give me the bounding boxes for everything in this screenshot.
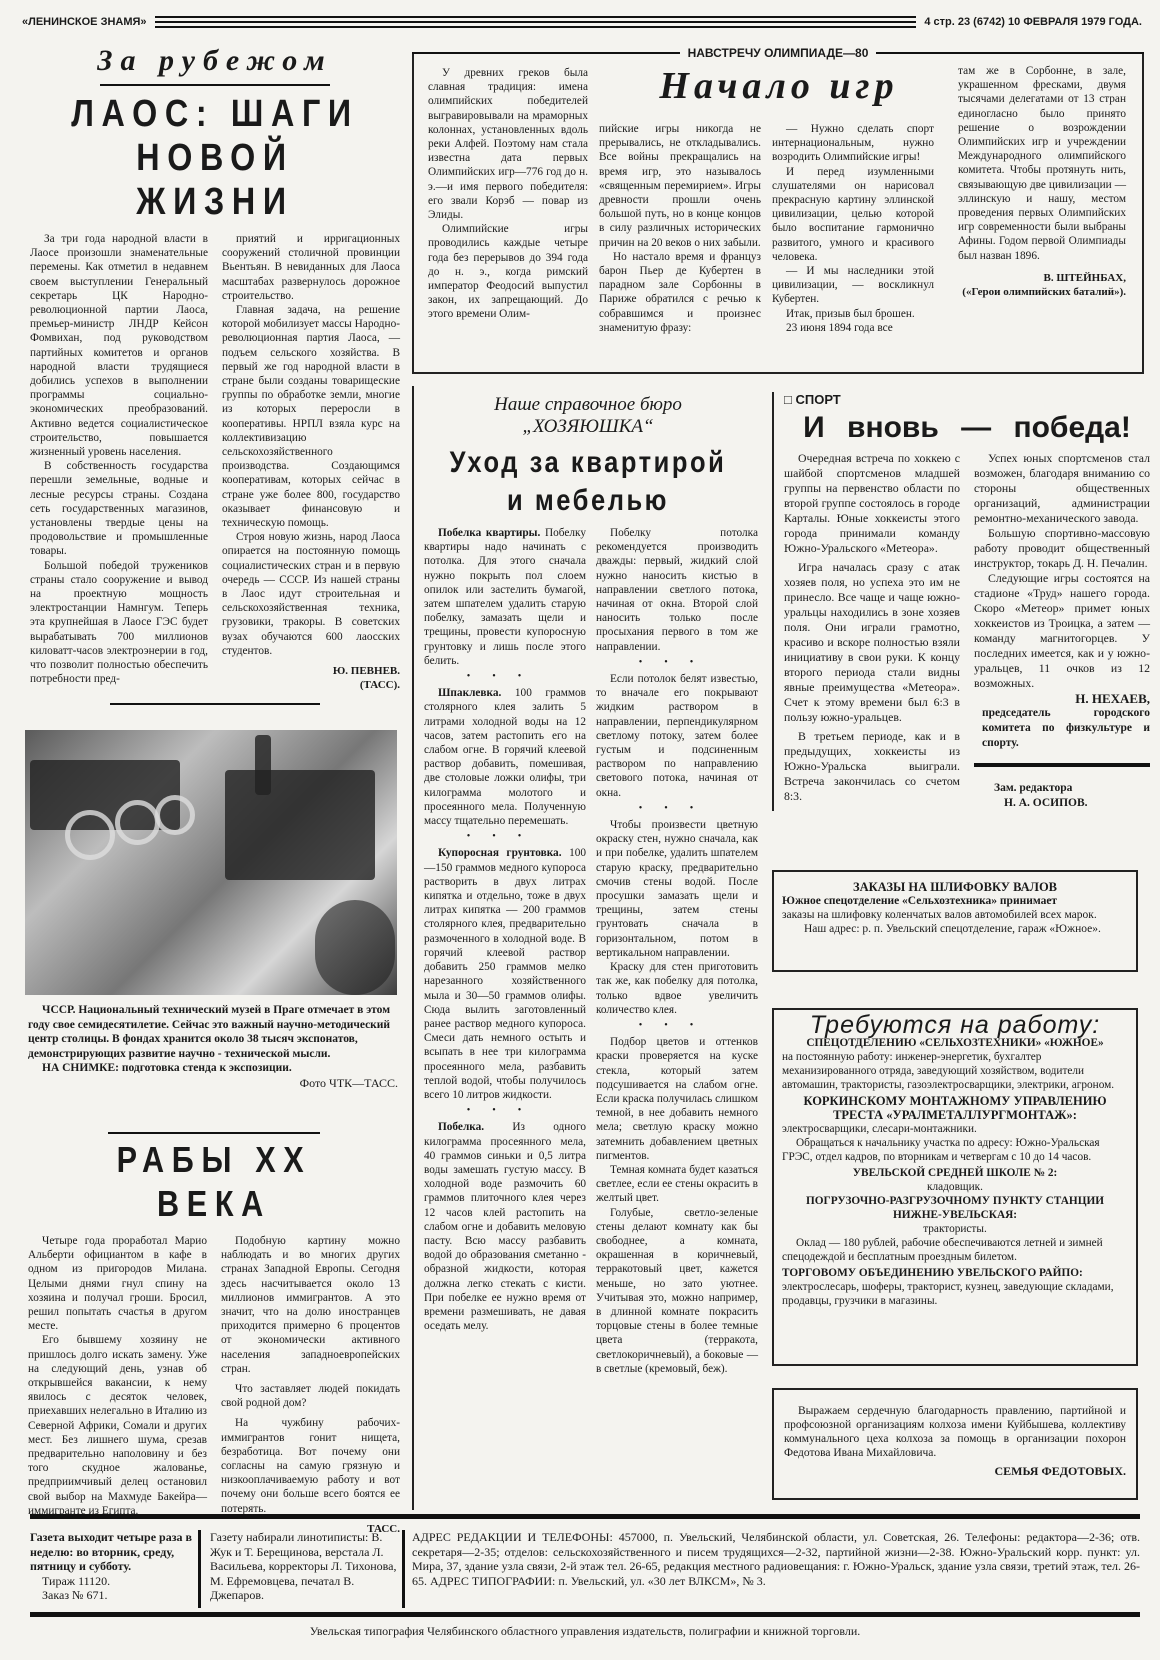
photo-on-snapshot: НА СНИМКЕ: подготовка стенда к экспозици…	[28, 1061, 398, 1076]
footer-rule-bottom	[30, 1612, 1140, 1617]
agency: (ТАСС).	[222, 678, 400, 692]
circulation: Тираж 11120.	[30, 1574, 195, 1589]
author-title: председатель городского комитета по физк…	[974, 706, 1150, 751]
schedule-text: Газета выходит четыре раза в неделю: во …	[30, 1530, 195, 1574]
job-org: ПОГРУЗОЧНО-РАЗГРУЗОЧНОМУ ПУНКТУ СТАНЦИИ …	[782, 1194, 1128, 1222]
author: Н. НЕХАЕВ,	[974, 691, 1150, 706]
paragraph: На чужбину рабочих-иммигрантов гонит нищ…	[221, 1416, 400, 1515]
paragraph: Подобную картину можно наблюдать и во мн…	[221, 1234, 400, 1376]
paragraph: Его бывшему хозяину не пришлось долго ис…	[28, 1333, 207, 1518]
job-text: электрослесарь, шоферы, тракторист, кузн…	[782, 1280, 1128, 1308]
lead: Побелка квартиры.	[438, 527, 540, 539]
paragraph: Следующие игры состоятся на стадионе «Тр…	[974, 571, 1150, 691]
footer-divider	[402, 1530, 405, 1608]
headline-laos-2: НОВОЙ ЖИЗНИ	[58, 136, 373, 224]
paragraph: Но настало время и француз барон Пьер де…	[599, 250, 761, 335]
gratitude-text: Выражаем сердечную благодарность правлен…	[784, 1404, 1126, 1460]
paragraph: Итак, призыв был брошен.	[772, 307, 934, 321]
divider	[110, 703, 320, 705]
museum-photo	[25, 730, 397, 995]
issue-info: 4 стр. 23 (6742) 10 ФЕВРАЛЯ 1979 ГОДА.	[924, 16, 1142, 28]
olympics-col-3: — Нужно сделать спорт интернациональным,…	[772, 122, 934, 335]
paragraph: Чтобы произвести цветную окраску стен, н…	[596, 818, 758, 960]
footer-rule-top	[30, 1514, 1140, 1519]
photo-credit: Фото ЧТК—ТАСС.	[28, 1076, 398, 1091]
ad-text: заказы на шлифовку коленчатых валов авто…	[782, 908, 1128, 922]
job-text: трактористы.	[782, 1222, 1128, 1236]
rubric-abroad: За рубежом	[30, 44, 400, 78]
paragraph: В собственность государства перешли земе…	[30, 459, 208, 558]
job-org: ТОРГОВОМУ ОБЪЕДИНЕНИЮ УВЕЛЬСКОГО РАЙПО:	[782, 1266, 1128, 1280]
masthead: «ЛЕНИНСКОЕ ЗНАМЯ» 4 стр. 23 (6742) 10 ФЕ…	[22, 12, 1142, 32]
rubric-sport: □ СПОРТ	[784, 392, 1150, 407]
laos-col-2: приятий и ирригационных сооружений столи…	[222, 232, 400, 693]
paragraph: Из одного килограмма просеянного мела, 4…	[424, 1121, 586, 1332]
separator: •••	[424, 670, 586, 684]
slaves-col-2: Подобную картину можно наблюдать и во мн…	[221, 1234, 400, 1536]
order-number: Заказ № 671.	[30, 1588, 195, 1603]
jobs-title: Требуются на работу:	[782, 1018, 1128, 1032]
ad-shaft-grinding: ЗАКАЗЫ НА ШЛИФОВКУ ВАЛОВ Южное спецотдел…	[772, 870, 1138, 972]
paragraph: Четыре года проработал Марио Альберти оф…	[28, 1234, 207, 1333]
footer-printer: Увельская типография Челябинского област…	[30, 1624, 1140, 1639]
article-household: Наше справочное бюро „ХОЗЯЮШКА“ Уход за …	[412, 386, 762, 1510]
paragraph: — Нужно сделать спорт интернациональным,…	[772, 122, 934, 165]
separator: •••	[424, 830, 586, 844]
headline-household-1: Уход за квартирой	[440, 444, 736, 482]
sport-col-2: Успех юных спортсменов стал возможен, бл…	[974, 451, 1150, 811]
sport-col-1: Очередная встреча по хоккею с шайбой спо…	[784, 451, 960, 811]
checkbox-square-icon: □	[784, 392, 795, 407]
job-text: на постоянную работу: инженер-энергетик,…	[782, 1050, 1128, 1092]
paragraph: Главная задача, на решение которой мобил…	[222, 303, 400, 530]
lead: Побелка.	[438, 1121, 484, 1133]
paragraph: Большой победой тружеников страны стало …	[30, 559, 208, 687]
olympics-col-4: там же в Сорбонне, в зале, украшенном фр…	[958, 64, 1126, 299]
job-extra: Оклад — 180 рублей, рабочие обеспечивают…	[782, 1236, 1128, 1264]
slaves-col-1: Четыре года проработал Марио Альберти оф…	[28, 1234, 207, 1536]
job-extra: Обращаться к начальнику участка по адрес…	[782, 1136, 1128, 1164]
paragraph: Строя новую жизнь, народ Лаоса опирается…	[222, 530, 400, 658]
olympics-rubric: НАВСТРЕЧУ ОЛИМПИАДЕ—80	[680, 46, 877, 60]
rubric-bureau: Наше справочное бюро	[414, 394, 762, 416]
job-org: КОРКИНСКОМУ МОНТАЖНОМУ УПРАВЛЕНИЮ ТРЕСТА…	[782, 1094, 1128, 1122]
divider	[108, 1132, 320, 1134]
household-col-1: Побелка квартиры. Побелку квартиры надо …	[424, 526, 586, 1376]
paragraph: У древних греков была славная традиция: …	[428, 66, 588, 222]
headline-household-2: и мебелью	[440, 482, 736, 520]
article-slaves: РАБЫ XX ВЕКА Четыре года проработал Мари…	[28, 1132, 400, 1536]
paragraph: Побелку квартиры надо начинать с потолка…	[424, 527, 586, 667]
paragraph: Если потолок белят известью, то вначале …	[596, 672, 758, 800]
divider	[100, 84, 330, 86]
paper-name: «ЛЕНИНСКОЕ ЗНАМЯ»	[22, 16, 147, 28]
ad-lead: Южное спецотделение «Сельхозтехника» при…	[782, 894, 1128, 908]
paragraph: Подбор цветов и оттенков краски проверяе…	[596, 1035, 758, 1163]
photo-caption-block: ЧССР. Национальный технический музей в П…	[28, 1003, 398, 1090]
paragraph: Побелку потолка рекомендуется производит…	[596, 526, 758, 654]
separator: •••	[424, 1104, 586, 1118]
headline-sport: И вновь — победа!	[784, 411, 1150, 445]
paragraph: Краску для стен приготовить так же, как …	[596, 960, 758, 1017]
footer-staff: Газету набирали линотиписты: В. Жук и Т.…	[210, 1530, 400, 1603]
article-olympics: НАВСТРЕЧУ ОЛИМПИАДЕ—80 Начало игр У древ…	[412, 52, 1144, 374]
rubric-housewife: „ХОЗЯЮШКА“	[414, 416, 762, 438]
paragraph: приятий и ирригационных сооружений столи…	[222, 232, 400, 303]
paragraph: там же в Сорбонне, в зале, украшенном фр…	[958, 64, 1126, 263]
footer-address: АДРЕС РЕДАКЦИИ И ТЕЛЕФОНЫ: 457000, п. Ув…	[412, 1530, 1140, 1588]
lead: Шпаклевка.	[438, 687, 501, 699]
masthead-rule	[155, 16, 917, 28]
laos-col-1: За три года народной власти в Лаосе прои…	[30, 232, 208, 693]
olympics-rubric-bar: НАВСТРЕЧУ ОЛИМПИАДЕ—80	[412, 46, 1144, 60]
job-org: УВЕЛЬСКОЙ СРЕДНЕЙ ШКОЛЕ № 2:	[782, 1166, 1128, 1180]
photo-caption: ЧССР. Национальный технический музей в П…	[28, 1003, 398, 1061]
article-sport: □ СПОРТ И вновь — победа! Очередная встр…	[772, 392, 1150, 811]
footer-schedule: Газета выходит четыре раза в неделю: во …	[30, 1530, 195, 1603]
paragraph: Олимпийские игры проводились каждые четы…	[428, 222, 588, 321]
paragraph: Что заставляет людей покидать свой родно…	[221, 1382, 400, 1410]
author: Ю. ПЕВНЕВ.	[222, 664, 400, 678]
separator: •••	[596, 802, 758, 816]
ad-jobs: Требуются на работу: СПЕЦОТДЕЛЕНИЮ «СЕЛЬ…	[772, 1008, 1138, 1366]
separator: •••	[596, 656, 758, 670]
headline-slaves: РАБЫ XX ВЕКА	[56, 1138, 372, 1226]
deputy-editor-title: Зам. редактора	[974, 781, 1150, 796]
paragraph: Голубые, светло-зеленые стены делают ком…	[596, 1206, 758, 1376]
article-laos: За рубежом ЛАОС: ШАГИ НОВОЙ ЖИЗНИ За три…	[30, 44, 400, 705]
notice-gratitude: Выражаем сердечную благодарность правлен…	[772, 1388, 1138, 1500]
job-org: СПЕЦОТДЕЛЕНИЮ «СЕЛЬХОЗТЕХНИКИ» «ЮЖНОЕ»	[782, 1036, 1128, 1050]
paragraph: В третьем периоде, как и в предыдущих, х…	[784, 729, 960, 804]
headline-olympics: Начало игр	[614, 64, 944, 108]
gratitude-signature: СЕМЬЯ ФЕДОТОВЫХ.	[784, 1464, 1126, 1478]
divider	[974, 763, 1150, 767]
paragraph: Очередная встреча по хоккею с шайбой спо…	[784, 451, 960, 556]
headline-laos-1: ЛАОС: ШАГИ	[58, 92, 373, 136]
paragraph: Игра началась сразу с атак хозяев поля, …	[784, 560, 960, 725]
paragraph: И перед изумленными слушателями он нарис…	[772, 165, 934, 264]
deputy-editor-name: Н. А. ОСИПОВ.	[974, 796, 1150, 811]
source: («Герои олимпийских баталий»).	[958, 285, 1126, 299]
paragraph: Темная комната будет казаться светлее, е…	[596, 1163, 758, 1206]
job-text: кладовщик.	[782, 1180, 1128, 1194]
ad-title: ЗАКАЗЫ НА ШЛИФОВКУ ВАЛОВ	[782, 880, 1128, 894]
ad-address: Наш адрес: р. п. Увельский спецотделение…	[782, 922, 1128, 936]
household-col-2: Побелку потолка рекомендуется производит…	[596, 526, 758, 1376]
paragraph: — И мы наследники этой цивилизации, — во…	[772, 264, 934, 307]
paragraph: 23 июня 1894 года все	[772, 321, 934, 335]
separator: •••	[596, 1019, 758, 1033]
olympics-col-2: пийские игры никогда не прерывались, не …	[599, 122, 761, 335]
lead: Купоросная грунтовка.	[438, 847, 562, 859]
job-text: электросварщики, слесари-монтажники.	[782, 1122, 1128, 1136]
author: В. ШТЕЙНБАХ,	[958, 271, 1126, 285]
rubric-sport-label: СПОРТ	[795, 392, 840, 407]
paragraph: За три года народной власти в Лаосе прои…	[30, 232, 208, 459]
paragraph: 100 граммов столярного клея залить 5 лит…	[424, 687, 586, 827]
paragraph: пийские игры никогда не прерывались, не …	[599, 122, 761, 250]
footer-divider	[198, 1530, 201, 1608]
paragraph: Успех юных спортсменов стал возможен, бл…	[974, 451, 1150, 526]
paragraph: Большую спортивно-массовую работу провод…	[974, 526, 1150, 571]
paragraph: 100—150 граммов медного купороса раствор…	[424, 847, 586, 1100]
olympics-col-1: У древних греков была славная традиция: …	[428, 66, 588, 322]
